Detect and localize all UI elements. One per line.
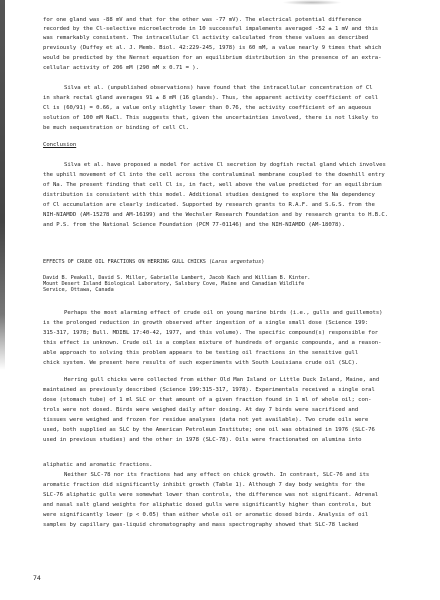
text-line: dose (stomach tube) of 1 ml SLC or that …	[43, 397, 371, 404]
text-line: aromatic fraction did significantly inhi…	[43, 482, 365, 489]
text-line: cellular activity of 206 mM (290 mM x 0.…	[43, 65, 199, 72]
text-line: were significantly lower (p < 0.05) than…	[43, 512, 368, 519]
text-line: Neither SLC-78 nor its fractions had any…	[64, 472, 369, 479]
text-line: distribution is consistent with this mod…	[43, 192, 375, 199]
text-line: the uphill movement of Cl into the cell …	[43, 172, 385, 179]
text-line: Cl is (60/91) = 0.66, a value only sligh…	[43, 105, 371, 112]
text-line: maintained as previously described (Scie…	[43, 387, 375, 394]
text-line: and P.S. from the National Science Found…	[43, 222, 345, 229]
text-line: Herring gull chicks were collected from …	[64, 377, 379, 384]
article-title-text: EFFECTS OF CRUDE OIL FRACTIONS ON HERRIN…	[43, 259, 212, 265]
scan-edge-shadow	[0, 0, 5, 370]
text-line: Silva et al. (unpublished observations) …	[64, 85, 373, 92]
page-number: 74	[33, 574, 41, 582]
text-line: NIH-NIAMDD (AM-15278 and AM-16199) and t…	[43, 212, 388, 219]
text-line: of Cl accumulation are clearly indicated…	[43, 202, 375, 209]
text-line: is the prolonged reduction in growth obs…	[43, 320, 368, 327]
article-title: EFFECTS OF CRUDE OIL FRACTIONS ON HERRIN…	[43, 259, 264, 266]
text-line: samples by capillary gas-liquid chromato…	[43, 522, 358, 529]
scan-smudge	[282, 0, 342, 5]
text-line: used in previous studies) and the other …	[43, 437, 362, 444]
text-line: for one gland was -88 mV and that for th…	[43, 17, 362, 24]
text-line: tissues were weighed and frozen for resi…	[43, 417, 368, 424]
text-line: chick system. We present here results of…	[43, 360, 358, 367]
text-line: solution of 100 mM NaCl. This suggests t…	[43, 115, 378, 122]
article-title-species: Larus argentatus	[212, 259, 261, 265]
text-line: 315-317, 1978; Bull. MDIBL 17:40-42, 197…	[43, 330, 378, 337]
text-line: aliphatic and aromatic fractions.	[43, 462, 153, 469]
text-line: Perhaps the most alarming effect of crud…	[64, 310, 383, 317]
text-line: used, both supplied as SLC by the Americ…	[43, 427, 375, 434]
text-line: SLC-76 aliphatic gulls were somewhat low…	[43, 492, 378, 499]
affiliation: Service, Ottawa, Canada	[43, 287, 114, 293]
text-line: was remarkably consistent. The intracell…	[43, 35, 368, 42]
text-line: this effect is unknown. Crude oil is a c…	[43, 340, 381, 347]
text-line: in shark rectal gland averages 91 ± 8 mM…	[43, 95, 378, 102]
text-line: recorded by the Cl-selective microelectr…	[43, 26, 378, 33]
text-line: trols were not dosed. Birds were weighed…	[43, 407, 358, 414]
article-title-end: )	[261, 259, 264, 265]
text-line: be much sequestration or binding of cell…	[43, 125, 189, 132]
text-line: would be predicted by the Nernst equatio…	[43, 55, 381, 62]
text-line: and nasal salt gland weights for aliphat…	[43, 502, 371, 509]
text-line: previously (Duffey et al. J. Memb. Biol.…	[43, 45, 381, 52]
text-line: able approach to solving this problem ap…	[43, 350, 358, 357]
section-heading: Conclusion	[43, 142, 76, 149]
text-line: of Na. The present finding that cell Cl …	[43, 182, 381, 189]
text-line: Silva et al. have proposed a model for a…	[64, 162, 386, 169]
